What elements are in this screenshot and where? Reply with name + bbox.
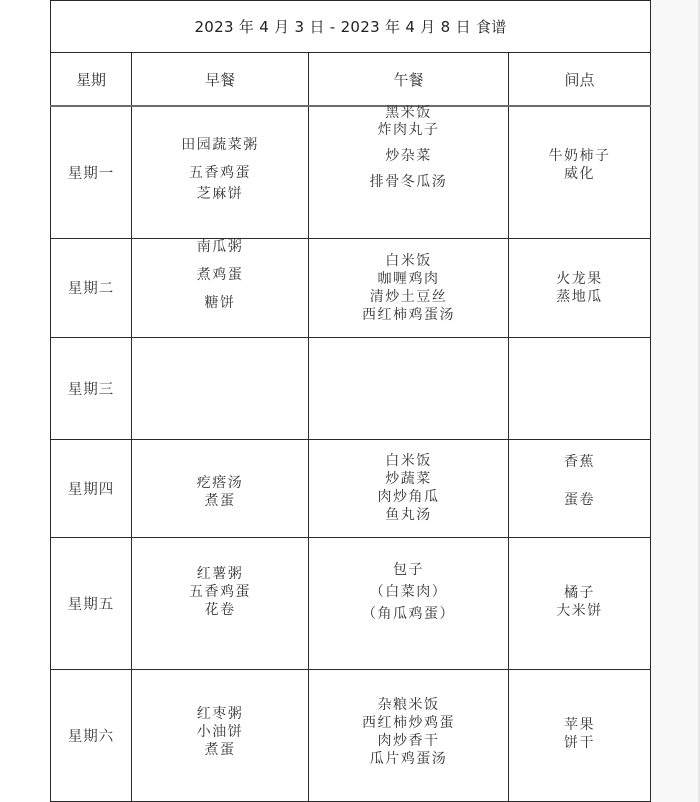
day-cell: 星期五 bbox=[51, 537, 132, 669]
menu-item: 南瓜粥 bbox=[197, 238, 244, 256]
snack-cell: 牛奶柿子 威化 bbox=[509, 106, 651, 238]
breakfast-cell: 疙瘩汤 煮蛋 bbox=[132, 439, 309, 537]
header-lunch: 午餐 bbox=[309, 53, 509, 107]
menu-title: 2023 年 4 月 3 日 - 2023 年 4 月 8 日 食谱 bbox=[51, 1, 651, 53]
menu-item: 红薯粥 bbox=[189, 565, 251, 583]
snack-cell bbox=[509, 337, 651, 439]
header-row: 星期 早餐 午餐 间点 bbox=[51, 53, 651, 107]
menu-item: 牛奶柿子 bbox=[549, 147, 611, 165]
menu-item: 蛋卷 bbox=[564, 491, 595, 509]
table-row-friday: 星期五 红薯粥 五香鸡蛋 花卷 包子 （白菜肉） （角瓜鸡蛋） 橘子 大米饼 bbox=[51, 537, 651, 669]
snack-cell: 橘子 大米饼 bbox=[509, 537, 651, 669]
menu-item: 糖饼 bbox=[197, 294, 244, 312]
table-row-wednesday: 星期三 bbox=[51, 337, 651, 439]
breakfast-cell bbox=[132, 337, 309, 439]
snack-cell: 苹果 饼干 bbox=[509, 669, 651, 801]
header-snack: 间点 bbox=[509, 53, 651, 107]
menu-item: 西红柿鸡蛋汤 bbox=[362, 306, 455, 324]
breakfast-cell: 田园蔬菜粥 五香鸡蛋 芝麻饼 bbox=[132, 106, 309, 238]
header-day: 星期 bbox=[51, 53, 132, 107]
menu-item: 清炒土豆丝 bbox=[362, 288, 455, 306]
menu-item: 白米饭 bbox=[362, 252, 455, 270]
menu-item: 煮蛋 bbox=[197, 492, 244, 510]
menu-item: 橘子 bbox=[556, 584, 603, 602]
menu-item: 肉炒香干 bbox=[362, 732, 455, 750]
menu-item: 火龙果 bbox=[556, 270, 603, 288]
day-cell: 星期六 bbox=[51, 669, 132, 801]
menu-item: 包子 bbox=[362, 559, 455, 581]
menu-item: （角瓜鸡蛋） bbox=[362, 603, 455, 625]
breakfast-cell: 南瓜粥 煮鸡蛋 糖饼 bbox=[132, 238, 309, 337]
day-cell: 星期二 bbox=[51, 238, 132, 337]
table-row-saturday: 星期六 红枣粥 小油饼 煮蛋 杂粮米饭 西红柿炒鸡蛋 肉炒香干 瓜片鸡蛋汤 苹果… bbox=[51, 669, 651, 801]
menu-item: 五香鸡蛋 bbox=[181, 164, 259, 182]
page-margin bbox=[650, 0, 698, 802]
menu-item: 炒杂菜 bbox=[370, 147, 448, 165]
menu-item: （白菜肉） bbox=[362, 581, 455, 603]
lunch-cell: 包子 （白菜肉） （角瓜鸡蛋） bbox=[309, 537, 509, 669]
menu-item: 小油饼 bbox=[197, 723, 244, 741]
table-row-thursday: 星期四 疙瘩汤 煮蛋 白米饭 炒蔬菜 肉炒角瓜 鱼丸汤 香蕉 蛋卷 bbox=[51, 439, 651, 537]
day-cell: 星期三 bbox=[51, 337, 132, 439]
snack-cell: 火龙果 蒸地瓜 bbox=[509, 238, 651, 337]
weekly-menu-table: 2023 年 4 月 3 日 - 2023 年 4 月 8 日 食谱 星期 早餐… bbox=[50, 0, 651, 802]
snack-cell: 香蕉 蛋卷 bbox=[509, 439, 651, 537]
day-cell: 星期四 bbox=[51, 439, 132, 537]
table-row-monday: 星期一 田园蔬菜粥 五香鸡蛋 芝麻饼 黑米饭 炸肉丸子 炒杂菜 排骨冬瓜汤 牛奶… bbox=[51, 106, 651, 238]
menu-item: 黑米饭 bbox=[370, 105, 448, 122]
menu-item: 炒蔬菜 bbox=[378, 470, 440, 488]
menu-item: 肉炒角瓜 bbox=[378, 488, 440, 506]
menu-item: 炸肉丸子 bbox=[370, 122, 448, 139]
menu-item: 蒸地瓜 bbox=[556, 288, 603, 306]
header-breakfast: 早餐 bbox=[132, 53, 309, 107]
menu-item: 白米饭 bbox=[378, 452, 440, 470]
menu-item: 苹果 bbox=[564, 716, 595, 734]
lunch-cell: 黑米饭 炸肉丸子 炒杂菜 排骨冬瓜汤 bbox=[309, 106, 509, 238]
menu-item: 疙瘩汤 bbox=[197, 474, 244, 492]
menu-item: 饼干 bbox=[564, 734, 595, 752]
menu-item: 威化 bbox=[549, 165, 611, 183]
lunch-cell: 杂粮米饭 西红柿炒鸡蛋 肉炒香干 瓜片鸡蛋汤 bbox=[309, 669, 509, 801]
menu-item: 红枣粥 bbox=[197, 705, 244, 723]
menu-item: 咖喱鸡肉 bbox=[362, 270, 455, 288]
menu-item: 排骨冬瓜汤 bbox=[370, 173, 448, 191]
menu-item: 芝麻饼 bbox=[181, 185, 259, 203]
lunch-cell bbox=[309, 337, 509, 439]
table-row-tuesday: 星期二 南瓜粥 煮鸡蛋 糖饼 白米饭 咖喱鸡肉 清炒土豆丝 西红柿鸡蛋汤 火龙果… bbox=[51, 238, 651, 337]
menu-item: 田园蔬菜粥 bbox=[181, 136, 259, 154]
menu-item: 西红柿炒鸡蛋 bbox=[362, 714, 455, 732]
day-cell: 星期一 bbox=[51, 106, 132, 238]
menu-item: 大米饼 bbox=[556, 602, 603, 620]
breakfast-cell: 红枣粥 小油饼 煮蛋 bbox=[132, 669, 309, 801]
menu-item: 香蕉 bbox=[564, 453, 595, 471]
menu-item: 杂粮米饭 bbox=[362, 696, 455, 714]
lunch-cell: 白米饭 咖喱鸡肉 清炒土豆丝 西红柿鸡蛋汤 bbox=[309, 238, 509, 337]
menu-item: 鱼丸汤 bbox=[378, 506, 440, 524]
lunch-cell: 白米饭 炒蔬菜 肉炒角瓜 鱼丸汤 bbox=[309, 439, 509, 537]
menu-item: 煮蛋 bbox=[197, 741, 244, 759]
breakfast-cell: 红薯粥 五香鸡蛋 花卷 bbox=[132, 537, 309, 669]
menu-item: 花卷 bbox=[189, 601, 251, 619]
menu-item: 瓜片鸡蛋汤 bbox=[362, 750, 455, 768]
menu-item: 煮鸡蛋 bbox=[197, 266, 244, 284]
menu-item: 五香鸡蛋 bbox=[189, 583, 251, 601]
